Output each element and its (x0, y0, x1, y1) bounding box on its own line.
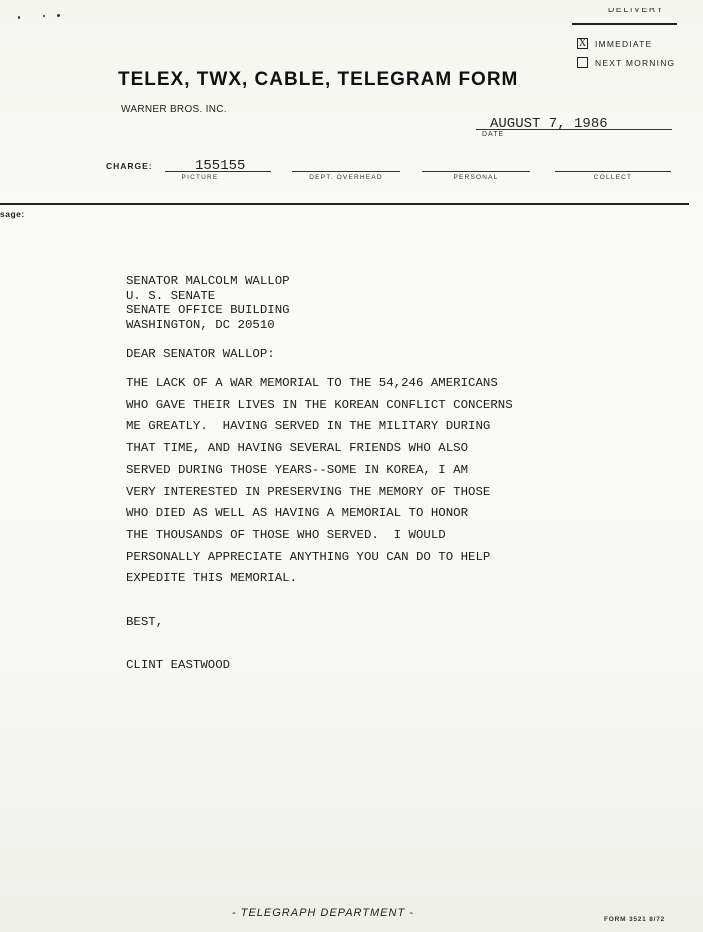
body-line: ME GREATLY. HAVING SERVED IN THE MILITAR… (126, 419, 490, 433)
charge-collect-rule[interactable] (555, 171, 671, 172)
checkbox-checked-icon[interactable]: X (577, 38, 588, 49)
form-number: FORM 3521 8/72 (604, 916, 665, 923)
delivery-option-next-morning[interactable]: NEXT MORNING (577, 57, 675, 68)
paper-speck (18, 16, 20, 19)
checkbox-empty-icon[interactable] (577, 57, 588, 68)
address-line: WASHINGTON, DC 20510 (126, 318, 275, 332)
address-line: SENATE OFFICE BUILDING (126, 303, 290, 317)
paper-speck (57, 14, 60, 17)
charge-personal-rule[interactable] (422, 171, 530, 172)
signature: CLINT EASTWOOD (126, 658, 230, 672)
salutation: DEAR SENATOR WALLOP: (126, 347, 275, 361)
charge-dept-overhead-label: DEPT. OVERHEAD (292, 174, 400, 181)
address-line: SENATOR MALCOLM WALLOP (126, 274, 290, 288)
closing: BEST, (126, 615, 163, 629)
body-line: SERVED DURING THOSE YEARS--SOME IN KOREA… (126, 463, 468, 477)
charge-label: CHARGE: (106, 161, 153, 171)
body-line: EXPEDITE THIS MEMORIAL. (126, 571, 297, 585)
delivery-heading: DELIVERY (592, 8, 680, 16)
footer-department: - TELEGRAPH DEPARTMENT - (232, 907, 414, 919)
charge-picture-rule (165, 171, 271, 172)
charge-picture-label: PICTURE (165, 174, 235, 181)
date-rule (476, 129, 672, 130)
address-line: U. S. SENATE (126, 289, 215, 303)
telegram-form-page: DELIVERY X IMMEDIATE NEXT MORNING TELEX,… (0, 0, 703, 932)
body-line: PERSONALLY APPRECIATE ANYTHING YOU CAN D… (126, 550, 490, 564)
header-divider (0, 203, 689, 205)
charge-collect-label: COLLECT (555, 174, 671, 181)
body-line: WHO DIED AS WELL AS HAVING A MEMORIAL TO… (126, 506, 468, 520)
form-title: TELEX, TWX, CABLE, TELEGRAM FORM (118, 69, 518, 91)
body-line: THE THOUSANDS OF THOSE WHO SERVED. I WOU… (126, 528, 446, 542)
date-label: DATE (482, 131, 504, 138)
company-name: WARNER BROS. INC. (121, 104, 227, 115)
charge-personal-label: PERSONAL (422, 174, 530, 181)
paper-speck (43, 15, 45, 17)
body-line: THE LACK OF A WAR MEMORIAL TO THE 54,246… (126, 376, 498, 390)
delivery-option-immediate[interactable]: X IMMEDIATE (577, 38, 652, 49)
body-line: THAT TIME, AND HAVING SEVERAL FRIENDS WH… (126, 441, 468, 455)
body-line: VERY INTERESTED IN PRESERVING THE MEMORY… (126, 485, 490, 499)
message-label: sage: (0, 209, 25, 219)
charge-dept-overhead-rule[interactable] (292, 171, 400, 172)
delivery-rule (572, 23, 677, 25)
body-line: WHO GAVE THEIR LIVES IN THE KOREAN CONFL… (126, 398, 513, 412)
